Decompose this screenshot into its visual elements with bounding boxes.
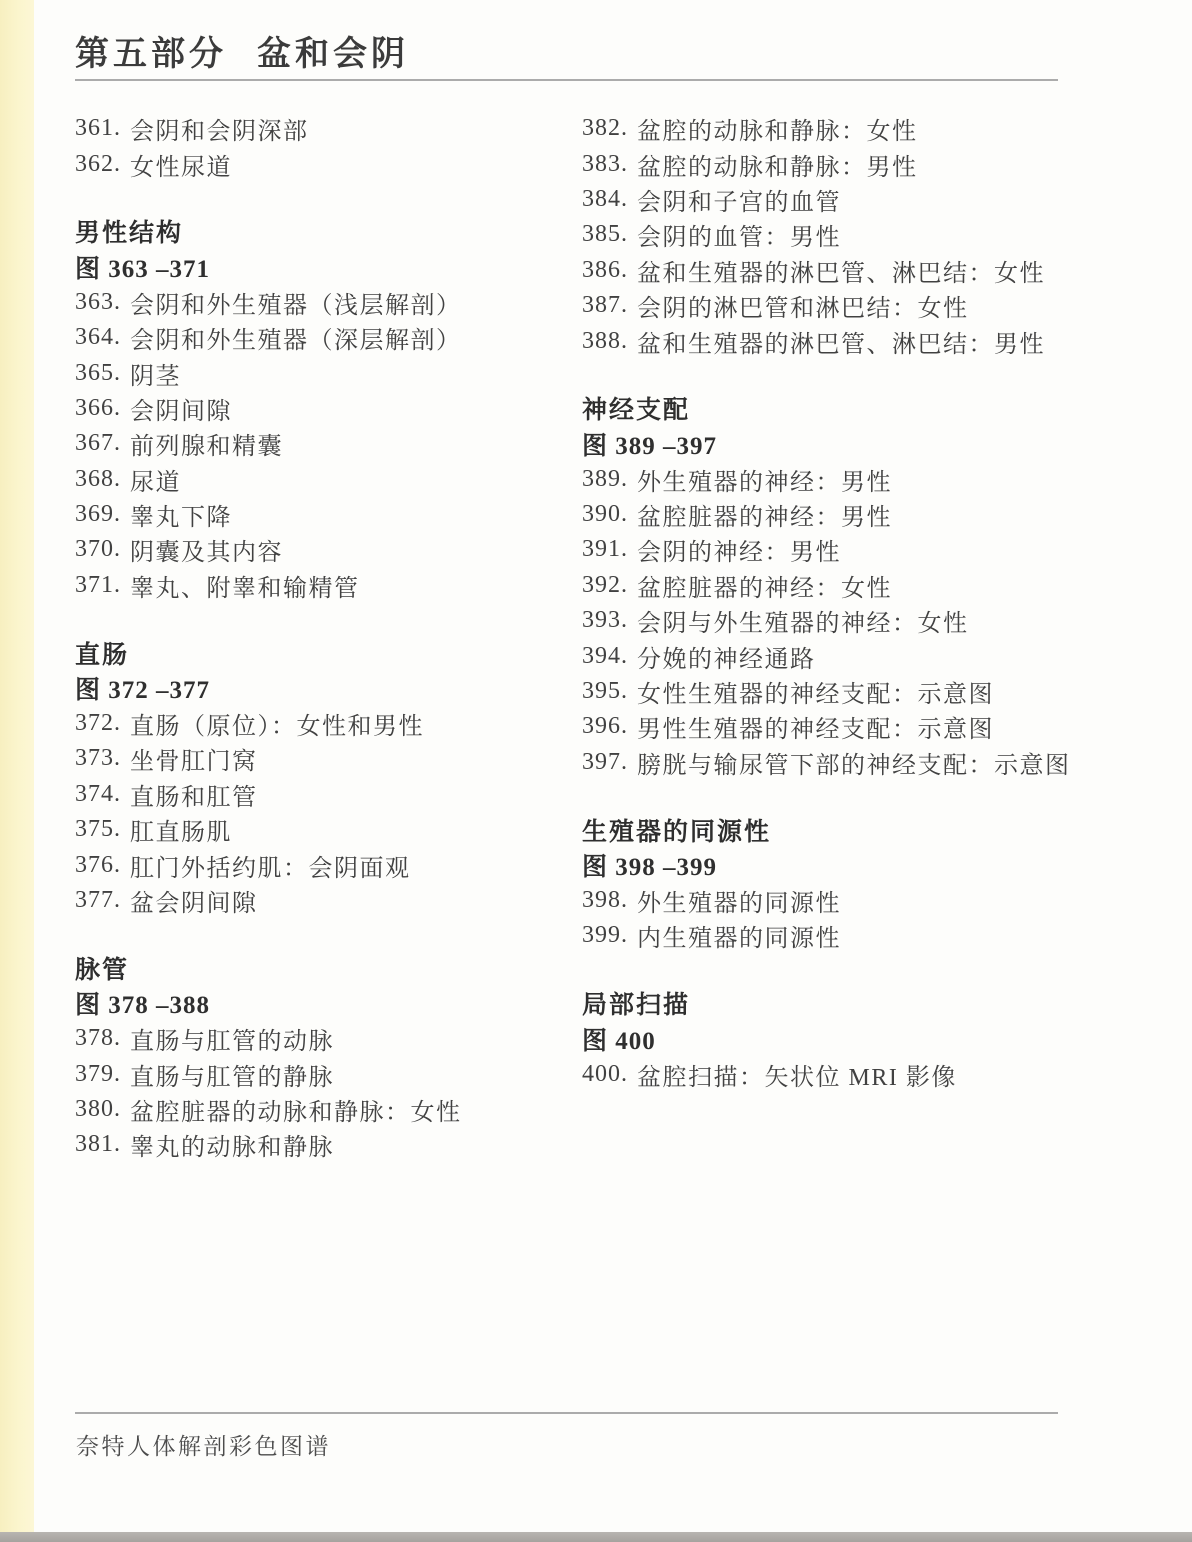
toc-item: 389.外生殖器的神经：男性 (582, 462, 1112, 497)
figure-number: 365. (75, 360, 130, 387)
figure-number: 392. (582, 572, 637, 599)
toc-item: 372.直肠（原位）：女性和男性 (75, 706, 555, 741)
figure-number: 362. (75, 151, 130, 178)
footer-divider (75, 1412, 1058, 1414)
figure-number: 379. (75, 1061, 130, 1088)
toc-item: 383.盆腔的动脉和静脉：男性 (582, 146, 1112, 181)
toc-item: 376.肛门外括约肌：会阴面观 (75, 847, 555, 882)
figure-title: 盆腔脏器的神经：男性 (637, 497, 892, 532)
scanned-book-page: 第五部分盆和会阴 361.会阴和会阴深部362.女性尿道男性结构图 363 –3… (0, 0, 1192, 1542)
figure-title: 盆和生殖器的淋巴管、淋巴结：女性 (637, 253, 1045, 288)
figure-number: 393. (582, 607, 637, 634)
toc-item: 396.男性生殖器的神经支配：示意图 (582, 709, 1112, 744)
figure-number: 387. (582, 292, 637, 319)
figure-number: 383. (582, 151, 637, 178)
toc-item: 385.会阴的血管：男性 (582, 217, 1112, 252)
figure-title: 睾丸的动脉和静脉 (130, 1127, 334, 1162)
figure-number: 374. (75, 781, 130, 808)
toc-item: 386.盆和生殖器的淋巴管、淋巴结：女性 (582, 253, 1112, 288)
figure-title: 直肠（原位）：女性和男性 (130, 706, 424, 741)
toc-item: 400.盆腔扫描：矢状位 MRI 影像 (582, 1056, 1112, 1091)
group-spacer (582, 954, 1112, 986)
figure-number: 367. (75, 430, 130, 457)
figure-title: 会阴的血管：男性 (637, 217, 841, 252)
figure-title: 坐骨肛门窝 (130, 741, 258, 776)
figure-number: 386. (582, 257, 637, 284)
toc-item: 397.膀胱与输尿管下部的神经支配：示意图 (582, 745, 1112, 780)
figure-range: 图 389 –397 (582, 426, 1112, 461)
figure-title: 盆会阴间隙 (130, 883, 258, 918)
figure-title: 膀胱与输尿管下部的神经支配：示意图 (637, 745, 1071, 780)
toc-item: 392.盆腔脏器的神经：女性 (582, 568, 1112, 603)
section-heading: 局部扫描 (582, 986, 1112, 1021)
toc-item: 368.尿道 (75, 462, 555, 497)
toc-item: 391.会阴的神经：男性 (582, 532, 1112, 567)
figure-number: 380. (75, 1096, 130, 1123)
part-label: 第五部分 (75, 35, 227, 73)
figure-number: 389. (582, 466, 637, 493)
section-heading: 生殖器的同源性 (582, 812, 1112, 847)
figure-number: 371. (75, 572, 130, 599)
figure-title: 盆和生殖器的淋巴管、淋巴结：男性 (637, 324, 1045, 359)
page-title: 第五部分盆和会阴 (75, 26, 409, 75)
figure-title: 会阴和外生殖器（深层解剖） (130, 320, 462, 355)
figure-title: 盆腔脏器的动脉和静脉：女性 (130, 1092, 462, 1127)
toc-item: 388.盆和生殖器的淋巴管、淋巴结：男性 (582, 323, 1112, 358)
figure-title: 会阴和会阴深部 (130, 111, 309, 146)
toc-item: 371.睾丸、附睾和输精管 (75, 568, 555, 603)
figure-number: 388. (582, 328, 637, 355)
figure-number: 395. (582, 678, 637, 705)
figure-number: 372. (75, 710, 130, 737)
book-title: 奈特人体解剖彩色图谱 (76, 1428, 331, 1461)
figure-title: 男性生殖器的神经支配：示意图 (637, 709, 994, 744)
part-name: 盆和会阴 (257, 35, 409, 73)
figure-title: 肛门外括约肌：会阴面观 (130, 848, 411, 883)
toc-item: 387.会阴的淋巴管和淋巴结：女性 (582, 288, 1112, 323)
figure-title: 会阴和外生殖器（浅层解剖） (130, 285, 462, 320)
toc-item: 369.睾丸下降 (75, 497, 555, 532)
toc-item: 384.会阴和子宫的血管 (582, 182, 1112, 217)
scan-edge (0, 1532, 1192, 1542)
toc-item: 377.盆会阴间隙 (75, 883, 555, 918)
toc-item: 367.前列腺和精囊 (75, 426, 555, 461)
figure-range: 图 398 –399 (582, 847, 1112, 882)
figure-title: 女性生殖器的神经支配：示意图 (637, 674, 994, 709)
toc-item: 365.阴茎 (75, 355, 555, 390)
header-divider (75, 79, 1058, 81)
figure-number: 361. (75, 115, 130, 142)
figure-number: 399. (582, 922, 637, 949)
figure-title: 盆腔的动脉和静脉：女性 (637, 111, 918, 146)
figure-title: 睾丸、附睾和输精管 (130, 568, 360, 603)
figure-title: 外生殖器的同源性 (637, 883, 841, 918)
figure-number: 398. (582, 887, 637, 914)
figure-number: 382. (582, 115, 637, 142)
toc-item: 394.分娩的神经通路 (582, 638, 1112, 673)
toc-item: 375.肛直肠肌 (75, 812, 555, 847)
figure-title: 盆腔的动脉和静脉：男性 (637, 147, 918, 182)
group-spacer (75, 918, 555, 950)
section-heading: 脉管 (75, 950, 555, 985)
toc-column-right: 382.盆腔的动脉和静脉：女性383.盆腔的动脉和静脉：男性384.会阴和子宫的… (582, 111, 1112, 1092)
page-edge-strip (0, 0, 34, 1532)
figure-number: 390. (582, 501, 637, 528)
figure-number: 391. (582, 536, 637, 563)
figure-number: 376. (75, 852, 130, 879)
toc-item: 366.会阴间隙 (75, 391, 555, 426)
figure-range: 图 372 –377 (75, 670, 555, 705)
toc-item: 361.会阴和会阴深部 (75, 111, 555, 146)
section-heading: 直肠 (75, 635, 555, 670)
figure-number: 363. (75, 289, 130, 316)
figure-range: 图 400 (582, 1021, 1112, 1056)
figure-number: 396. (582, 713, 637, 740)
section-heading: 神经支配 (582, 391, 1112, 426)
figure-title: 女性尿道 (130, 147, 232, 182)
figure-number: 397. (582, 749, 637, 776)
figure-number: 375. (75, 816, 130, 843)
figure-number: 385. (582, 221, 637, 248)
figure-number: 369. (75, 501, 130, 528)
figure-title: 直肠和肛管 (130, 777, 258, 812)
figure-title: 外生殖器的神经：男性 (637, 462, 892, 497)
toc-item: 373.坐骨肛门窝 (75, 741, 555, 776)
figure-title: 阴茎 (130, 356, 181, 391)
group-spacer (75, 603, 555, 635)
figure-number: 377. (75, 887, 130, 914)
figure-number: 364. (75, 324, 130, 351)
figure-title: 睾丸下降 (130, 497, 232, 532)
toc-item: 399.内生殖器的同源性 (582, 918, 1112, 953)
toc-column-left: 361.会阴和会阴深部362.女性尿道男性结构图 363 –371363.会阴和… (75, 111, 555, 1163)
figure-title: 阴囊及其内容 (130, 532, 283, 567)
toc-item: 370.阴囊及其内容 (75, 532, 555, 567)
figure-title: 尿道 (130, 462, 181, 497)
figure-title: 盆腔脏器的神经：女性 (637, 568, 892, 603)
toc-item: 362.女性尿道 (75, 146, 555, 181)
figure-number: 400. (582, 1061, 637, 1088)
toc-item: 398.外生殖器的同源性 (582, 883, 1112, 918)
figure-title: 会阴和子宫的血管 (637, 182, 841, 217)
figure-title: 前列腺和精囊 (130, 426, 283, 461)
figure-title: 内生殖器的同源性 (637, 918, 841, 953)
figure-title: 会阴的神经：男性 (637, 532, 841, 567)
group-spacer (582, 780, 1112, 812)
figure-number: 373. (75, 745, 130, 772)
toc-item: 381.睾丸的动脉和静脉 (75, 1127, 555, 1162)
figure-title: 会阴的淋巴管和淋巴结：女性 (637, 288, 969, 323)
group-spacer (582, 359, 1112, 391)
toc-item: 363.会阴和外生殖器（浅层解剖） (75, 285, 555, 320)
figure-title: 盆腔扫描：矢状位 MRI 影像 (637, 1057, 957, 1092)
figure-title: 会阴间隙 (130, 391, 232, 426)
toc-item: 382.盆腔的动脉和静脉：女性 (582, 111, 1112, 146)
group-spacer (75, 182, 555, 214)
toc-item: 380.盆腔脏器的动脉和静脉：女性 (75, 1092, 555, 1127)
figure-title: 会阴与外生殖器的神经：女性 (637, 603, 969, 638)
figure-title: 分娩的神经通路 (637, 639, 816, 674)
toc-item: 393.会阴与外生殖器的神经：女性 (582, 603, 1112, 638)
figure-number: 381. (75, 1131, 130, 1158)
toc-item: 364.会阴和外生殖器（深层解剖） (75, 320, 555, 355)
figure-number: 378. (75, 1025, 130, 1052)
figure-range: 图 378 –388 (75, 986, 555, 1021)
figure-number: 394. (582, 643, 637, 670)
toc-item: 379.直肠与肛管的静脉 (75, 1056, 555, 1091)
toc-item: 374.直肠和肛管 (75, 777, 555, 812)
toc-item: 378.直肠与肛管的动脉 (75, 1021, 555, 1056)
figure-number: 368. (75, 466, 130, 493)
section-heading: 男性结构 (75, 214, 555, 249)
figure-number: 370. (75, 536, 130, 563)
figure-title: 直肠与肛管的静脉 (130, 1057, 334, 1092)
toc-item: 395.女性生殖器的神经支配：示意图 (582, 674, 1112, 709)
figure-number: 384. (582, 186, 637, 213)
figure-number: 366. (75, 395, 130, 422)
figure-range: 图 363 –371 (75, 249, 555, 284)
figure-title: 肛直肠肌 (130, 812, 232, 847)
toc-item: 390.盆腔脏器的神经：男性 (582, 497, 1112, 532)
figure-title: 直肠与肛管的动脉 (130, 1021, 334, 1056)
